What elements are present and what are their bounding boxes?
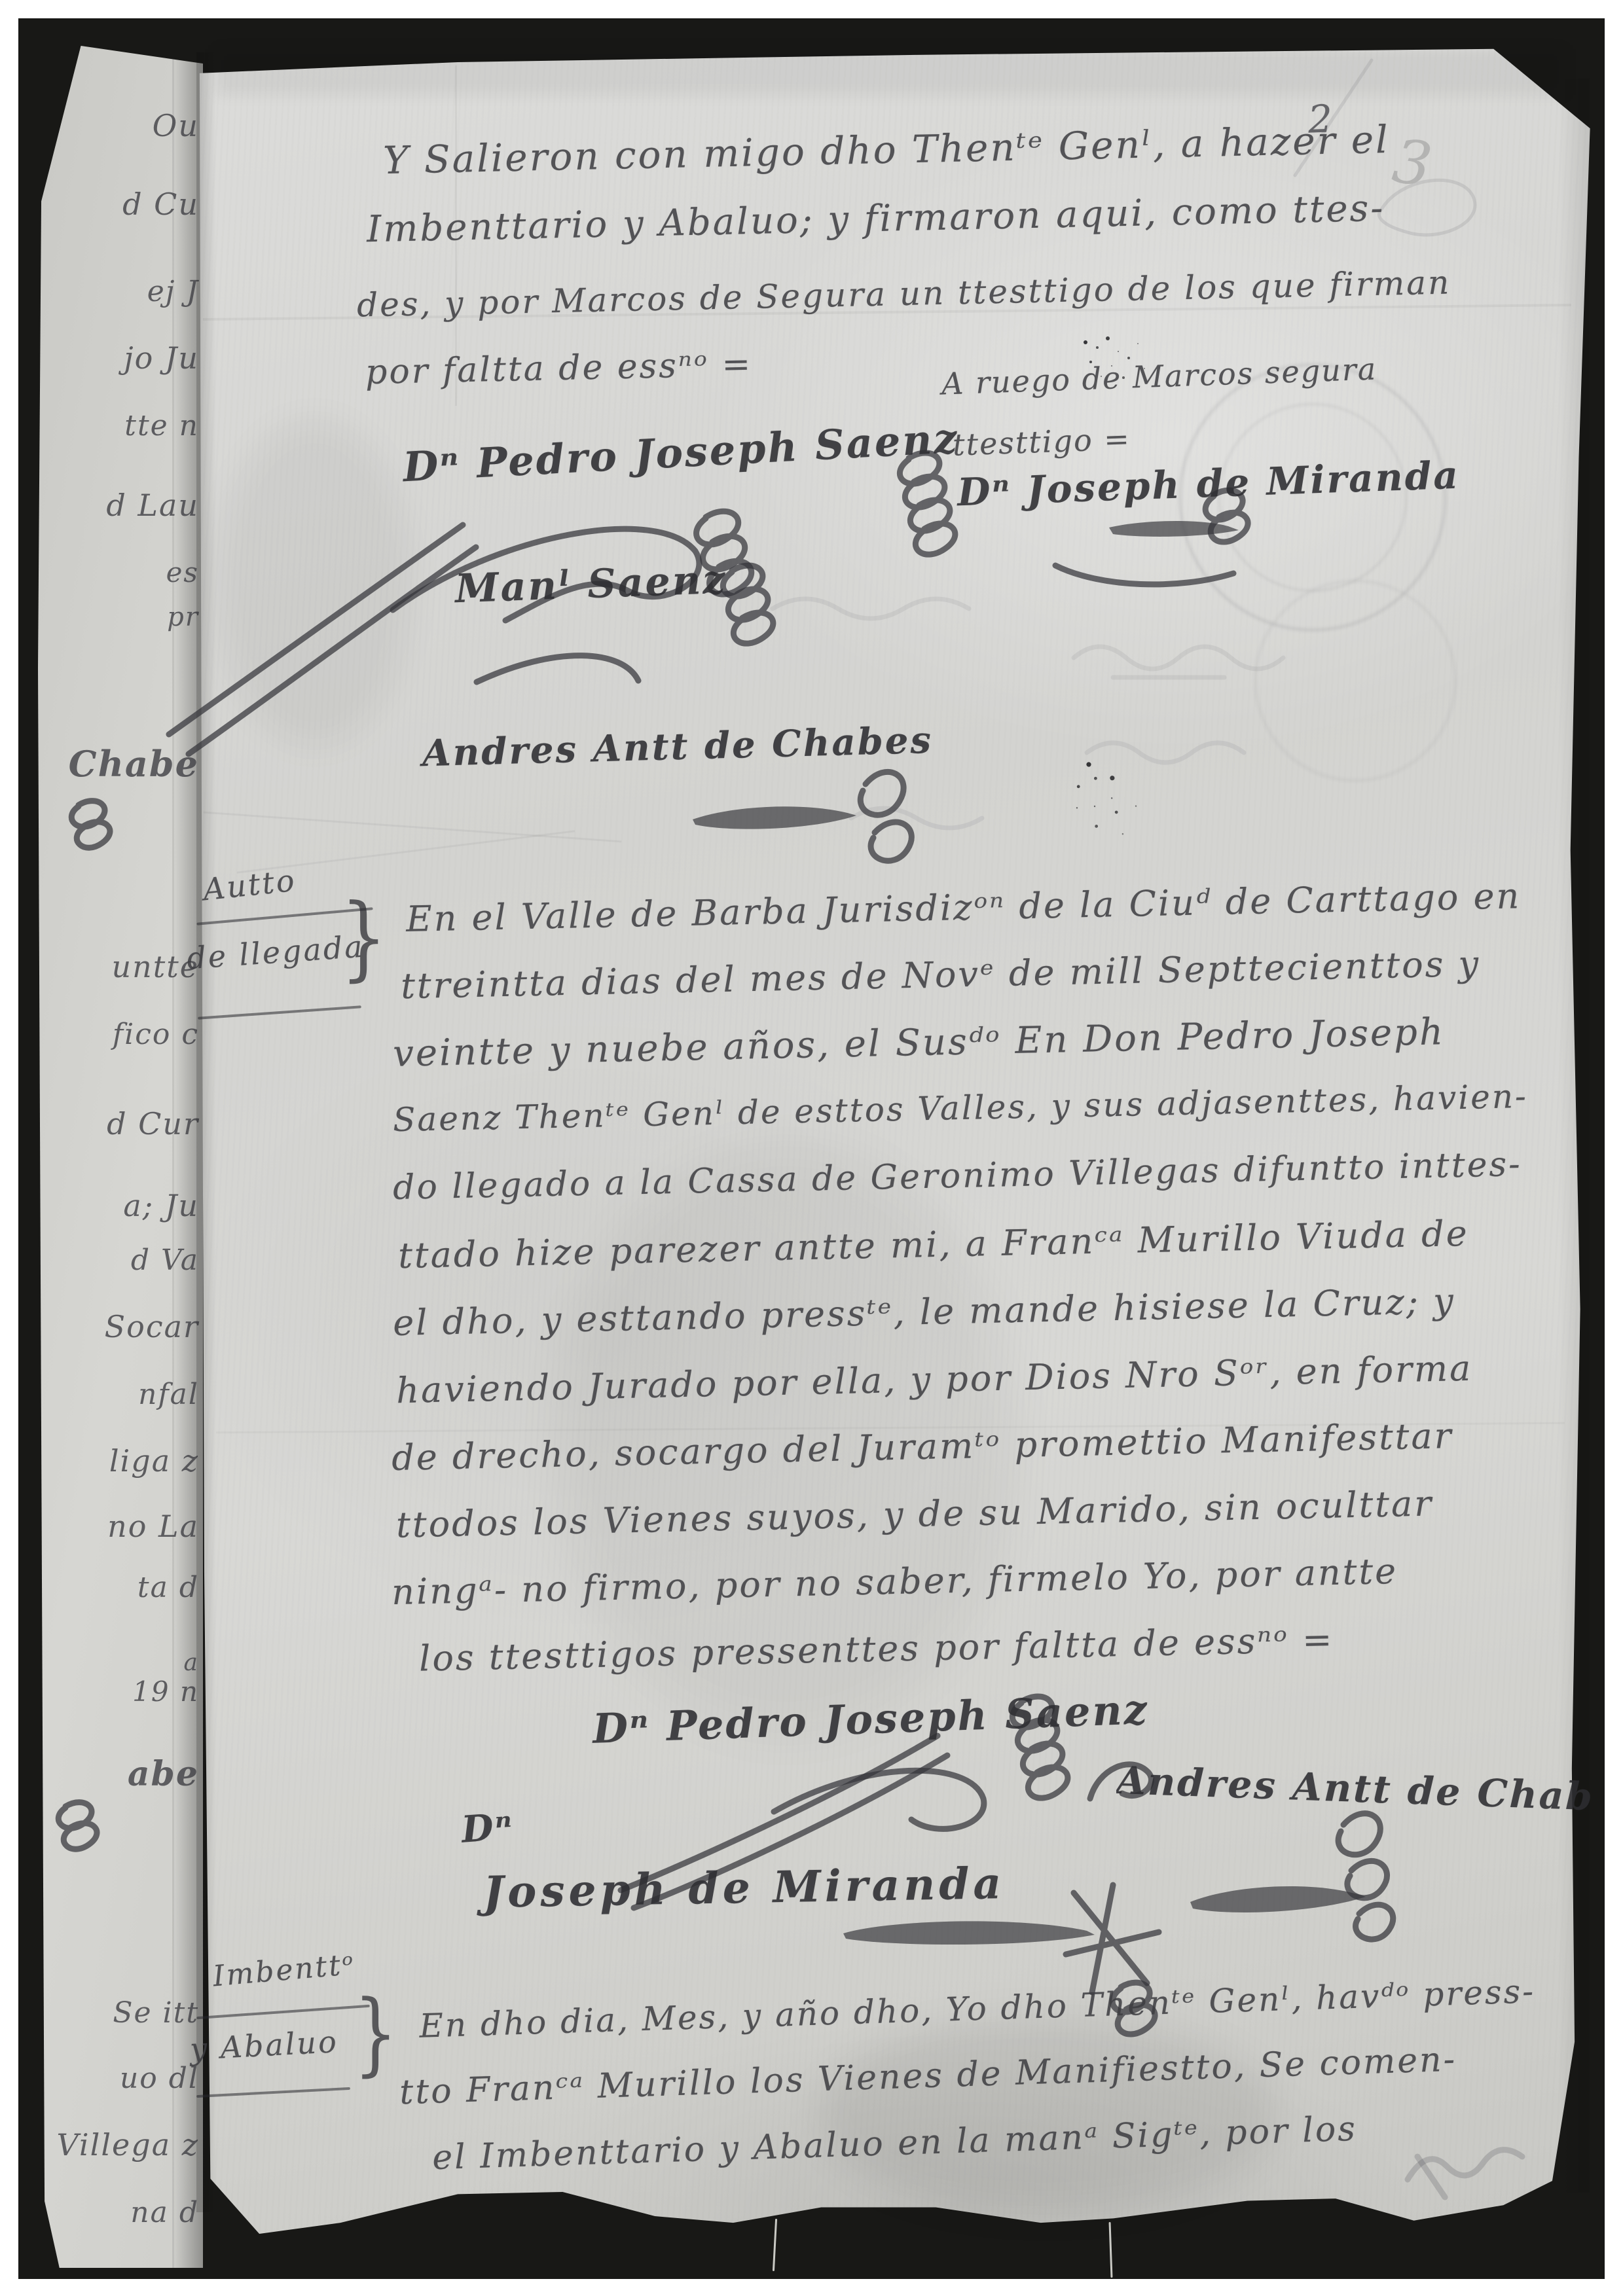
fragment-text: d Va: [131, 1244, 199, 1277]
fragment-text: d Cur: [107, 1106, 199, 1141]
witness-note-line: ttesttigo =: [952, 421, 1131, 462]
fragment-text: d Lau: [106, 488, 199, 523]
margin-brace: }: [340, 885, 387, 992]
fragment-text: Ou: [153, 108, 199, 143]
fragment-text: d Cu: [122, 187, 199, 222]
fragment-text: pr: [167, 602, 199, 632]
page-right-inner-shadow: [1558, 79, 1590, 2193]
signature-miranda-bottom-prefix: Dⁿ: [460, 1804, 516, 1851]
fragment-text: tte n: [124, 409, 199, 442]
page-left-inner-shadow: [196, 52, 216, 2212]
signature-miranda-bottom: Joseph de Miranda: [483, 1857, 1005, 1918]
previous-page-edge: Ou d Cu ej J jo Ju tte n d Lau es pr Cha…: [38, 46, 203, 2268]
ink-speckles: [1084, 340, 1087, 344]
manuscript-line: por faltta de essⁿᵒ =: [365, 345, 752, 392]
signature-andres-bottom: Andres Antt de Chabes: [1116, 1761, 1594, 1821]
margin-brace: }: [354, 1981, 397, 2086]
fragment-signature: Chabe: [69, 743, 199, 785]
page-left-crease: [172, 46, 174, 2268]
fragment-text: a; Ju: [123, 1188, 199, 1223]
fragment-text: liga z: [109, 1443, 199, 1479]
fragment-text: Socar: [105, 1309, 199, 1344]
fragment-text: 19 n: [132, 1676, 199, 1708]
fragment-text: es: [166, 556, 199, 588]
fragment-text: na d: [130, 2196, 199, 2229]
manuscript-scan: { "folio": { "ink_number": "2", "pencil_…: [0, 0, 1623, 2296]
fragment-text: fico c: [113, 1018, 199, 1051]
signature-manuel: Manˡ Saenz: [454, 557, 728, 612]
fragment-text: ej J: [147, 275, 199, 308]
faint-round-stamp: [1254, 579, 1457, 782]
fragment-text: nfal: [138, 1378, 199, 1411]
fragment-text: jo Ju: [124, 340, 199, 376]
fragment-text: uo dl: [120, 2062, 199, 2095]
fragment-text: no La: [107, 1509, 199, 1544]
fragment-text: ta d: [137, 1571, 199, 1604]
fragment-text: Villega z: [57, 2127, 200, 2162]
fragment-text: Se itt: [113, 1996, 199, 2030]
fragment-signature: abe: [128, 1754, 199, 1794]
signature-andres-bottom-clip: Andres Antt de Chabes: [1116, 1761, 1594, 1839]
